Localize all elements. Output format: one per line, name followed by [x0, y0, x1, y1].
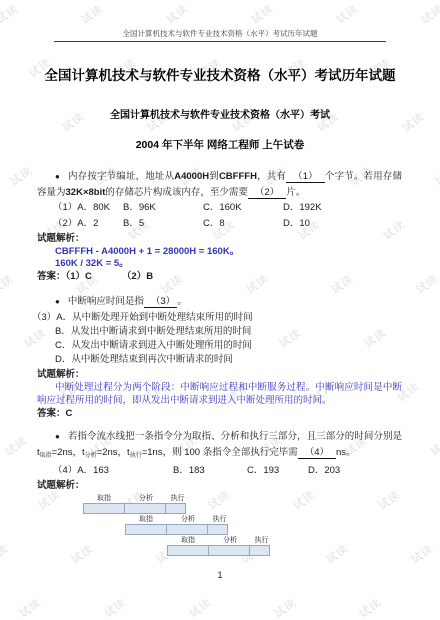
stage-box-fetch [125, 524, 167, 535]
stage-label-analyze: 分析 [125, 495, 167, 503]
page-content: 全国计算机技术与软件专业技术资格（水平）考试历年试题 全国计算机技术与软件专业技… [0, 0, 440, 556]
document-subtitle: 全国计算机技术与软件专业技术资格（水平）考试 [0, 109, 440, 122]
subscript-analyze: 分析 [85, 453, 97, 459]
q2-text: 中断响应时间是指 [68, 296, 144, 307]
watermark-text: 试读 [271, 595, 300, 620]
stage-label-analyze: 分析 [209, 537, 251, 545]
bullet-icon: ● [55, 297, 60, 306]
subscript-execute: 执行 [130, 453, 142, 459]
question-3-stem: ●若指令流水线把一条指令分为取指、分析和执行三部分，且三部分的时间分别是t取指=… [37, 429, 402, 464]
watermark-text: 试读 [186, 595, 215, 620]
stage-box-analyze [124, 503, 166, 514]
stage-box-fetch [83, 503, 125, 514]
document-page: 试读试读试读试读试读试读试读试读试读试读试读试读试读试读试读试读试读试读试读试读… [0, 0, 440, 620]
pipeline-stage-boxes [167, 545, 440, 556]
stage-label-execute: 执行 [251, 537, 272, 545]
q3-text: =2ns，t [52, 447, 85, 458]
q2-text-tail: 。 [177, 296, 187, 307]
stage-label-execute: 执行 [167, 495, 188, 503]
option-3b: B．从发出中断请求到中断处理结束所用的时间 [55, 325, 440, 339]
q1-addr-start: A4000H [174, 171, 209, 182]
analysis-label-2: 试题解析： [37, 369, 440, 381]
blank-3: （3） [144, 296, 178, 308]
running-header: 全国计算机技术与软件专业技术资格（水平）考试历年试题 [0, 0, 440, 39]
analysis-line-1: CBFFFH - A4000H + 1 = 28000H = 160K。 [55, 246, 440, 258]
bullet-icon: ● [55, 172, 60, 181]
subscript-fetch: 取指 [40, 453, 52, 459]
stage-label-execute: 执行 [209, 516, 230, 524]
answer-1: 答案：（1）C（2）B [37, 270, 440, 283]
watermark-text: 试读 [16, 595, 45, 620]
option-1d: D．192K [283, 201, 322, 214]
header-rule [54, 41, 386, 42]
watermark-text: 试读 [356, 595, 385, 620]
question-1-stem: ●内存按字节编址，地址从A4000H到CBFFFH，共有（1）个字节。若用存储容… [37, 169, 402, 201]
watermark-text: 试读 [101, 595, 130, 620]
stage-box-fetch [167, 545, 209, 556]
analysis-line-2: 160K / 32K = 5。 [55, 258, 440, 270]
option-4a: （4）A．163 [53, 464, 173, 477]
q1-text: 片。 [286, 187, 305, 198]
blank-2: （2） [248, 187, 286, 199]
page-number: 1 [0, 570, 440, 580]
stage-label-fetch: 取指 [125, 516, 167, 524]
option-1c: C．160K [203, 201, 283, 214]
q1-text: 的存储芯片构成该内存，至少需要 [105, 187, 248, 198]
q3-text: ns。 [336, 447, 356, 458]
stage-box-analyze [208, 545, 250, 556]
stage-box-execute [207, 524, 228, 535]
q3-text: =2ns，t [97, 447, 130, 458]
pipeline-stage-labels: 取指 分析 执行 [83, 495, 440, 503]
blank-4: （4） [298, 447, 336, 459]
question-1-options-row-1: （1）A．80K B．96K C．160K D．192K [53, 201, 440, 214]
pipeline-diagram: 取指 分析 执行 取指 分析 执行 [37, 495, 440, 556]
option-4c: C．193 [247, 464, 308, 477]
q1-text: ，共有 [257, 171, 286, 182]
option-1a: （1）A．80K [53, 201, 123, 214]
option-4d: D．203 [308, 464, 340, 477]
stage-box-analyze [166, 524, 208, 535]
stage-label-analyze: 分析 [167, 516, 209, 524]
pipeline-row-2: 取指 分析 执行 [125, 516, 440, 535]
option-1b: B．96K [123, 201, 203, 214]
stage-box-execute [249, 545, 270, 556]
analysis-label-3: 试题解析： [37, 480, 440, 492]
question-3-options-row: （4）A．163 B．183 C．193 D．203 [53, 464, 440, 477]
exam-session-title: 2004 年下半年 网络工程师 上午试卷 [0, 139, 440, 152]
pipeline-row-3: 取指 分析 执行 [167, 537, 440, 556]
q3-text: =1ns，则 100 条指令全部执行完毕需 [142, 447, 298, 458]
pipeline-stage-labels: 取指 分析 执行 [125, 516, 440, 524]
q1-chip-size: 32K×8bit [66, 187, 106, 198]
bullet-icon: ● [55, 432, 60, 441]
option-2b: B．5 [123, 217, 203, 230]
option-3c: C．从发出中断请求到进入中断处理所用的时间 [55, 339, 440, 353]
answer-1-part-2: （2）B [122, 271, 153, 282]
pipeline-stage-labels: 取指 分析 执行 [167, 537, 440, 545]
q1-text: 到 [209, 171, 219, 182]
pipeline-stage-boxes [83, 503, 440, 514]
stage-label-fetch: 取指 [167, 537, 209, 545]
option-2a: （2）A．2 [53, 217, 123, 230]
stage-box-execute [165, 503, 186, 514]
q1-addr-end: CBFFFH [219, 171, 257, 182]
analysis-label-1: 试题解析： [37, 233, 440, 245]
option-2d: D．10 [283, 217, 310, 230]
analysis-paragraph-2: 中断处理过程分为两个阶段：中断响应过程和中断服务过程。中断响应时间是中断响应过程… [37, 381, 402, 407]
option-3a: （3）A．从中断处理开始到中断处理结束所用的时间 [32, 311, 440, 325]
stage-label-fetch: 取指 [83, 495, 125, 503]
q1-text: 内存按字节编址，地址从 [68, 171, 174, 182]
option-3d: D．从中断处理结束到再次中断请求的时间 [55, 353, 440, 367]
question-2-stem: ●中断响应时间是指（3）。 [37, 295, 402, 309]
document-title: 全国计算机技术与软件专业技术资格（水平）考试历年试题 [0, 67, 440, 84]
pipeline-stage-boxes [125, 524, 440, 535]
option-4b: B．183 [173, 464, 247, 477]
question-1-options-row-2: （2）A．2 B．5 C．8 D．10 [53, 217, 440, 230]
answer-2: 答案：C [37, 407, 440, 420]
blank-1: （1） [286, 171, 325, 183]
pipeline-row-1: 取指 分析 执行 [83, 495, 440, 514]
option-2c: C．8 [203, 217, 283, 230]
answer-1-part-1: 答案：（1）C [37, 271, 92, 282]
